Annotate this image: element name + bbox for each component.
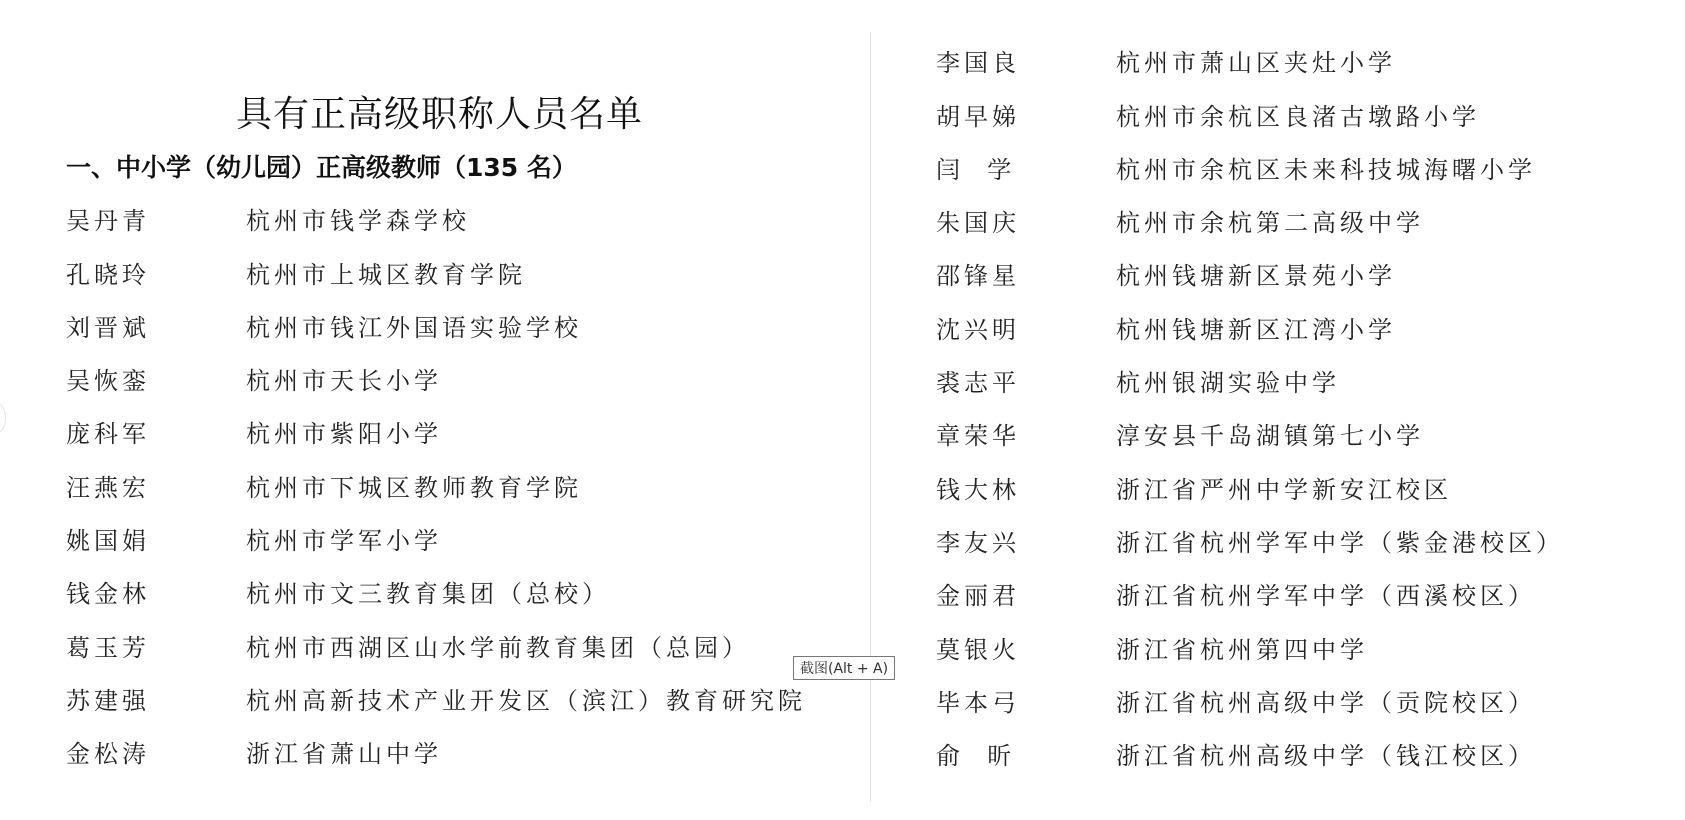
list-row: 金丽君 浙江省杭州学军中学（西溪校区） <box>936 576 1536 610</box>
school-name: 浙江省杭州高级中学（钱江校区） <box>1116 736 1536 771</box>
person-name: 毕本弓 <box>936 683 1116 718</box>
list-row: 汪燕宏 杭州市下城区教师教育学院 <box>66 468 582 502</box>
list-row: 金松涛 浙江省萧山中学 <box>66 734 442 768</box>
list-row: 吴丹青 杭州市钱学森学校 <box>66 201 470 235</box>
school-name: 杭州市钱学森学校 <box>246 201 470 236</box>
screenshot-tooltip: 截图(Alt + A) <box>793 656 895 680</box>
school-name: 杭州市文三教育集团（总校） <box>246 574 610 609</box>
person-name: 沈兴明 <box>936 310 1116 345</box>
list-row: 李友兴 浙江省杭州学军中学（紫金港校区） <box>936 523 1564 557</box>
list-row: 胡早娣 杭州市余杭区良渚古墩路小学 <box>936 97 1480 131</box>
school-name: 浙江省杭州学军中学（紫金港校区） <box>1116 523 1564 558</box>
person-name: 钱大林 <box>936 470 1116 505</box>
person-name: 邵锋星 <box>936 256 1116 291</box>
school-name: 杭州市余杭第二高级中学 <box>1116 203 1424 238</box>
person-name: 李国良 <box>936 43 1116 78</box>
school-name: 杭州银湖实验中学 <box>1116 363 1340 398</box>
school-name: 杭州高新技术产业开发区（滨江）教育研究院 <box>246 681 806 716</box>
person-name: 裘志平 <box>936 363 1116 398</box>
school-name: 杭州市下城区教师教育学院 <box>246 468 582 503</box>
list-row: 刘晋斌 杭州市钱江外国语实验学校 <box>66 308 582 342</box>
person-name: 汪燕宏 <box>66 468 246 503</box>
page-divider <box>870 32 871 802</box>
school-name: 杭州市天长小学 <box>246 361 442 396</box>
list-row: 章荣华 淳安县千岛湖镇第七小学 <box>936 416 1424 450</box>
school-name: 杭州市紫阳小学 <box>246 414 442 449</box>
person-name: 孔晓玲 <box>66 255 246 290</box>
person-name: 吴恢銮 <box>66 361 246 396</box>
list-row: 吴恢銮 杭州市天长小学 <box>66 361 442 395</box>
school-name: 杭州钱塘新区景苑小学 <box>1116 256 1396 291</box>
list-row: 钱大林 浙江省严州中学新安江校区 <box>936 470 1452 504</box>
person-name: 吴丹青 <box>66 201 246 236</box>
person-name: 金松涛 <box>66 734 246 769</box>
school-name: 浙江省杭州学军中学（西溪校区） <box>1116 576 1536 611</box>
list-row: 苏建强 杭州高新技术产业开发区（滨江）教育研究院 <box>66 681 806 715</box>
school-name: 淳安县千岛湖镇第七小学 <box>1116 416 1424 451</box>
person-name: 胡早娣 <box>936 97 1116 132</box>
person-name: 刘晋斌 <box>66 308 246 343</box>
person-name: 葛玉芳 <box>66 628 246 663</box>
list-row: 闫 学 杭州市余杭区未来科技城海曙小学 <box>936 150 1536 184</box>
list-row: 俞 昕 浙江省杭州高级中学（钱江校区） <box>936 736 1536 770</box>
person-name: 金丽君 <box>936 576 1116 611</box>
person-name: 苏建强 <box>66 681 246 716</box>
person-name: 章荣华 <box>936 416 1116 451</box>
person-name: 庞科军 <box>66 414 246 449</box>
school-name: 浙江省萧山中学 <box>246 734 442 769</box>
list-row: 钱金林 杭州市文三教育集团（总校） <box>66 574 610 608</box>
section-heading: 一、中小学（幼儿园）正高级教师（135 名） <box>66 148 577 184</box>
school-name: 杭州市萧山区夹灶小学 <box>1116 43 1396 78</box>
person-name: 李友兴 <box>936 523 1116 558</box>
person-name: 钱金林 <box>66 574 246 609</box>
person-name: 俞 昕 <box>936 736 1116 771</box>
document-page-left: 具有正高级职称人员名单 一、中小学（幼儿园）正高级教师（135 名） 吴丹青 杭… <box>0 0 870 820</box>
list-row: 沈兴明 杭州钱塘新区江湾小学 <box>936 310 1396 344</box>
list-row: 孔晓玲 杭州市上城区教育学院 <box>66 255 526 289</box>
school-name: 杭州市上城区教育学院 <box>246 255 526 290</box>
list-row: 毕本弓 浙江省杭州高级中学（贡院校区） <box>936 683 1536 717</box>
list-row: 邵锋星 杭州钱塘新区景苑小学 <box>936 256 1396 290</box>
document-title: 具有正高级职称人员名单 <box>236 86 643 137</box>
school-name: 杭州市钱江外国语实验学校 <box>246 308 582 343</box>
person-name: 闫 学 <box>936 150 1116 185</box>
list-row: 朱国庆 杭州市余杭第二高级中学 <box>936 203 1424 237</box>
page-edge-handle[interactable] <box>0 402 6 434</box>
school-name: 杭州市余杭区良渚古墩路小学 <box>1116 97 1480 132</box>
school-name: 杭州市西湖区山水学前教育集团（总园） <box>246 628 750 663</box>
list-row: 庞科军 杭州市紫阳小学 <box>66 414 442 448</box>
school-name: 浙江省杭州第四中学 <box>1116 630 1368 665</box>
school-name: 杭州市学军小学 <box>246 521 442 556</box>
person-name: 莫银火 <box>936 630 1116 665</box>
school-name: 杭州钱塘新区江湾小学 <box>1116 310 1396 345</box>
list-row: 莫银火 浙江省杭州第四中学 <box>936 630 1368 664</box>
school-name: 杭州市余杭区未来科技城海曙小学 <box>1116 150 1536 185</box>
list-row: 李国良 杭州市萧山区夹灶小学 <box>936 43 1396 77</box>
list-row: 裘志平 杭州银湖实验中学 <box>936 363 1340 397</box>
list-row: 葛玉芳 杭州市西湖区山水学前教育集团（总园） <box>66 628 750 662</box>
person-name: 姚国娟 <box>66 521 246 556</box>
person-name: 朱国庆 <box>936 203 1116 238</box>
list-row: 姚国娟 杭州市学军小学 <box>66 521 442 555</box>
school-name: 浙江省严州中学新安江校区 <box>1116 470 1452 505</box>
school-name: 浙江省杭州高级中学（贡院校区） <box>1116 683 1536 718</box>
